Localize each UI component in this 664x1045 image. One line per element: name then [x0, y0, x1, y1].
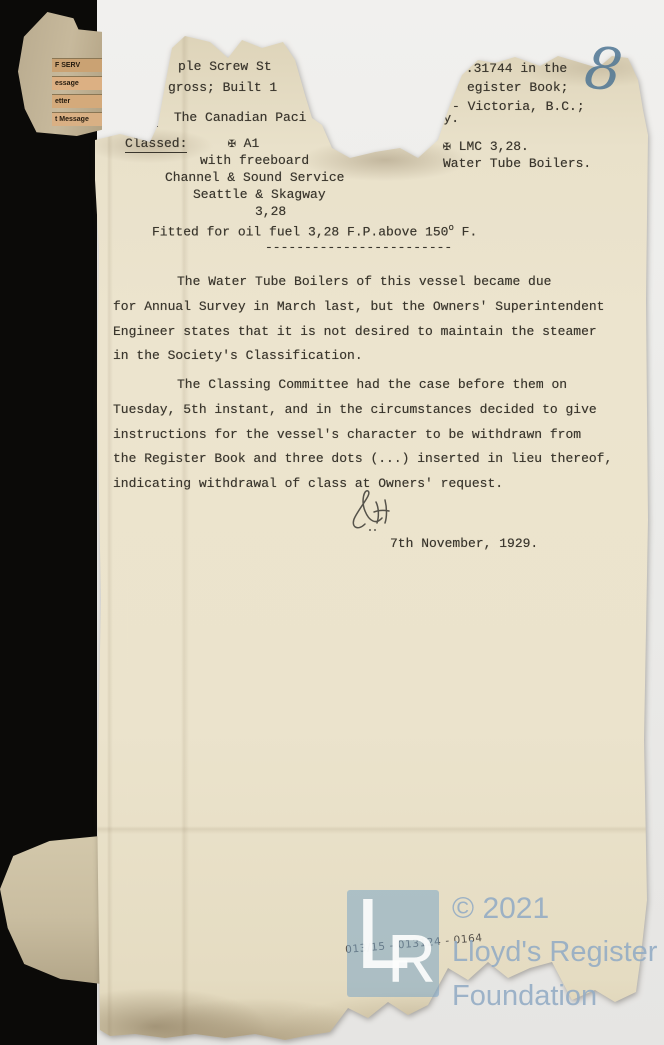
header-vessel-type-fragment: ple Screw St: [178, 59, 272, 74]
machinery-class: ✠ LMC 3,28.: [443, 139, 529, 154]
header-owners-name-end: pany.: [420, 111, 459, 126]
typed-separator: ------------------------: [265, 240, 452, 255]
lr-logo: L R: [347, 890, 439, 997]
body-line: The Water Tube Boilers of this vessel be…: [113, 270, 643, 295]
body-line: Engineer states that it is not desired t…: [113, 320, 643, 345]
lr-logo-letter-r: R: [387, 924, 436, 995]
class-route: Seattle & Skagway: [193, 187, 326, 202]
oil-fuel-line: Fitted for oil fuel 3,28 F.P.above 150o …: [152, 221, 477, 239]
signature-initials: [345, 488, 403, 536]
classed-label: Classed:: [125, 136, 187, 151]
watermark-org-name: Lloyd's Register: [452, 936, 657, 969]
body-line: for Annual Survey in March last, but the…: [113, 295, 643, 320]
class-freeboard: with freeboard: [200, 153, 309, 168]
body-line: instructions for the vessel's character …: [113, 423, 643, 448]
maltese-cross-icon: ✠: [228, 136, 236, 151]
header-port-fragment: - Victoria, B.C.;: [452, 99, 585, 114]
machinery-boilers: Water Tube Boilers.: [443, 156, 591, 171]
maltese-cross-icon: ✠: [443, 139, 451, 154]
owners-name-fragment: The Canadian Paci: [158, 110, 306, 125]
header-register-book-fragment: egister Book;: [467, 80, 568, 95]
watermark-org-name: Foundation: [452, 980, 597, 1013]
body-line: in the Society's Classification.: [113, 344, 643, 369]
header-register-number-fragment: o.31744 in the: [458, 61, 567, 76]
class-service: Channel & Sound Service: [165, 170, 344, 185]
body-line: The Classing Committee had the case befo…: [113, 373, 643, 398]
body-line: the Register Book and three dots (...) i…: [113, 447, 643, 472]
paragraph-1: The Water Tube Boilers of this vessel be…: [113, 270, 643, 369]
watermark-copyright: © 2021: [452, 892, 549, 926]
class-survey-date: 3,28: [255, 204, 286, 219]
owners-label: ers:: [127, 110, 158, 127]
document-page-wrapper: ple Screw St gross; Built 1 o.31744 in t…: [0, 0, 664, 1045]
paragraph-2: The Classing Committee had the case befo…: [113, 373, 643, 497]
scanned-document-canvas: F SERV essage etter t Message ple Screw …: [0, 0, 664, 1045]
header-owners-line: ers: The Canadian Paci: [127, 110, 306, 125]
header-tonnage-fragment: gross; Built 1: [168, 80, 277, 95]
body-line: Tuesday, 5th instant, and in the circums…: [113, 398, 643, 423]
class-character: ✠ A1: [228, 136, 259, 151]
handwritten-folio-number: 8: [582, 38, 626, 100]
letter-date: 7th November, 1929.: [390, 536, 538, 551]
